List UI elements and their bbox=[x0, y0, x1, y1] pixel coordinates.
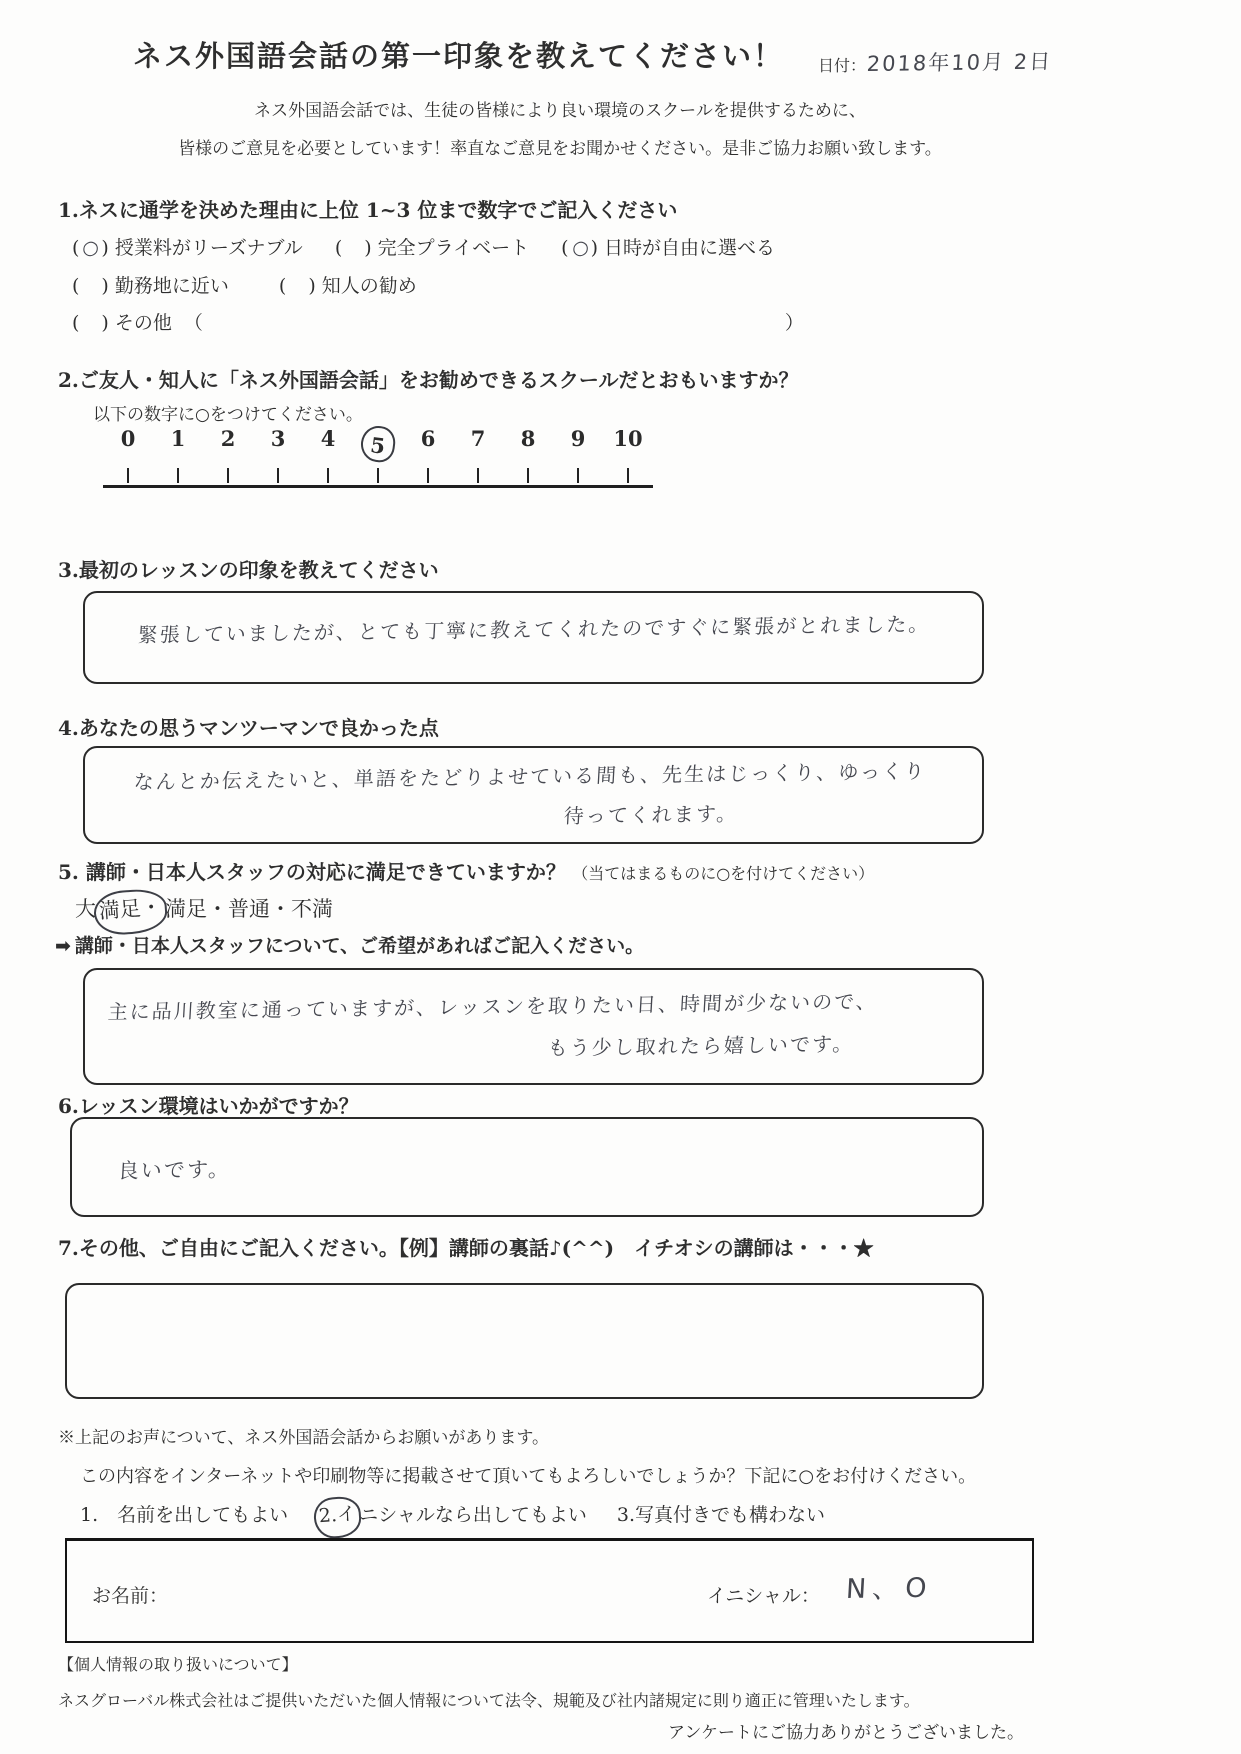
q1-option-other: ()その他 bbox=[72, 308, 172, 335]
tick bbox=[453, 468, 503, 485]
q3-heading: 3.最初のレッスンの印象を教えてください bbox=[58, 554, 439, 583]
paren-close: ) bbox=[101, 275, 108, 297]
handwritten-circle: 5 bbox=[359, 424, 397, 464]
scale-number-1: 1 bbox=[153, 426, 203, 462]
page-title: ネス外国語会話の第一印象を教えてください！ bbox=[133, 34, 784, 75]
q5-satisfaction-options: 大満足・満足・普通・不満 bbox=[75, 893, 333, 925]
consent-option-2-circled: 2.イ bbox=[318, 1503, 357, 1528]
q7-answer-box bbox=[65, 1283, 984, 1399]
q1-label-schedule: 日時が自由に選べる bbox=[604, 237, 775, 259]
handwritten-circle-option2: 2.イ bbox=[313, 1495, 363, 1539]
q1-label-private: 完全プライベート bbox=[378, 237, 529, 259]
q5-heading-note: （当てはまるものに○を付けてください） bbox=[572, 864, 874, 883]
q1-heading: 1.ネスに通学を決めた理由に上位 1~3 位まで数字でご記入ください bbox=[58, 194, 677, 223]
name-entry-box: お名前： イニシャル： N、O bbox=[65, 1538, 1034, 1643]
consent-option-3: 3.写真付きでも構わない bbox=[617, 1504, 825, 1526]
q5-circled-text: 満足・ bbox=[98, 895, 163, 923]
q2-heading: 2.ご友人・知人に「ネス外国語会話」をお勧めできるスクールだとおもいますか？ bbox=[58, 364, 798, 393]
date-label: 日付： bbox=[818, 56, 866, 75]
tick bbox=[553, 468, 603, 485]
scale-number-6: 6 bbox=[403, 426, 453, 462]
consent-note: ※上記のお声について、ネス外国語会話からお願いがあります。 bbox=[58, 1423, 549, 1448]
tick bbox=[403, 468, 453, 485]
scale-number-3: 3 bbox=[253, 426, 303, 462]
privacy-heading: 【個人情報の取り扱いについて】 bbox=[58, 1652, 298, 1675]
handwritten-circle-daimanzoku: 満足・ bbox=[93, 888, 169, 937]
q1-label-other: その他 bbox=[115, 312, 172, 334]
consent-options: 1. 名前を出してもよい2.イニシャルなら出してもよい3.写真付きでも構わない bbox=[80, 1500, 825, 1529]
q4-answer-box: なんとか伝えたいと、単語をたどりよせている間も、先生はじっくり、ゆっくり 待って… bbox=[83, 746, 984, 844]
scale-number-9: 9 bbox=[553, 426, 603, 462]
scale-number-0: 0 bbox=[103, 426, 153, 462]
q5-request-text: 講師・日本人スタッフについて、ご希望があればご記入ください。 bbox=[75, 935, 644, 957]
paren-open: ( bbox=[72, 312, 79, 334]
initial-label: イニシャル： bbox=[707, 1581, 820, 1608]
q1-label-workplace: 勤務地に近い bbox=[115, 275, 229, 297]
q1-circle-mark-tuition: ○ bbox=[79, 237, 102, 259]
q5-heading-row: 5. 講師・日本人スタッフの対応に満足できていますか？ （当てはまるものに○を付… bbox=[58, 856, 874, 885]
q5-heading: 5. 講師・日本人スタッフの対応に満足できていますか？ bbox=[58, 860, 566, 884]
scale-number-2: 2 bbox=[203, 426, 253, 462]
q4-handwritten-answer-line2: 待ってくれます。 bbox=[563, 798, 739, 829]
q5-request-line: ➡講師・日本人スタッフについて、ご希望があればご記入ください。 bbox=[55, 931, 644, 958]
q1-label-referral: 知人の勧め bbox=[322, 275, 417, 297]
consent-option-1: 1. 名前を出してもよい bbox=[80, 1504, 288, 1526]
thanks-message: アンケートにご協力ありがとうございました。 bbox=[668, 1718, 1024, 1743]
intro-line-2: 皆様のご意見を必要としています！率直なご意見をお聞かせください。是非ご協力お願い… bbox=[60, 134, 1060, 159]
scale-number-4: 4 bbox=[303, 426, 353, 462]
paren-open: ( bbox=[335, 237, 342, 259]
q2-instruction: 以下の数字に○をつけてください。 bbox=[93, 400, 363, 425]
q1-circle-mark-schedule: ○ bbox=[569, 237, 592, 259]
q5-handwritten-answer-line1: 主に品川教室に通っていますが、レッスンを取りたい日、時間が少ないので、 bbox=[107, 985, 879, 1025]
q1-other-close-paren: ） bbox=[785, 308, 804, 335]
q5-option-prefix: 大 bbox=[75, 897, 96, 921]
paren-open: ( bbox=[561, 237, 568, 259]
scale-number-7: 7 bbox=[453, 426, 503, 462]
q1-option-private: ()完全プライベート bbox=[335, 233, 529, 260]
q3-answer-box: 緊張していましたが、とても丁寧に教えてくれたのですぐに緊張がとれました。 bbox=[83, 591, 984, 684]
scale-number-5-circled: 5 bbox=[353, 426, 403, 462]
q1-options-row-2: ()勤務地に近い ()知人の勧め bbox=[72, 271, 443, 298]
consent-question: この内容をインターネットや印刷物等に掲載させて頂いてもよろしいでしょうか？下記に… bbox=[80, 1462, 976, 1488]
right-arrow-icon: ➡ bbox=[55, 935, 71, 957]
q5-answer-box: 主に品川教室に通っていますが、レッスンを取りたい日、時間が少ないので、 もう少し… bbox=[83, 968, 984, 1085]
name-label: お名前： bbox=[92, 1581, 168, 1608]
q6-heading: 6.レッスン環境はいかがですか？ bbox=[58, 1090, 359, 1119]
q6-handwritten-answer: 良いです。 bbox=[117, 1153, 232, 1185]
paren-open: ( bbox=[279, 275, 286, 297]
date-field: 日付：2018年10月 2日 bbox=[818, 48, 1051, 78]
paren-close: ) bbox=[364, 237, 371, 259]
q4-heading: 4.あなたの思うマンツーマンで良かった点 bbox=[58, 712, 439, 741]
paren-close: ) bbox=[308, 275, 315, 297]
tick bbox=[153, 468, 203, 485]
q2-scale-ticks bbox=[103, 468, 653, 488]
paren-close: ) bbox=[101, 312, 108, 334]
tick bbox=[253, 468, 303, 485]
survey-form-page: ネス外国語会話の第一印象を教えてください！ 日付：2018年10月 2日 ネス外… bbox=[0, 0, 1241, 1754]
q1-other-open-paren: （ bbox=[184, 308, 203, 335]
q4-handwritten-answer-line1: なんとか伝えたいと、単語をたどりよせている間も、先生はじっくり、ゆっくり bbox=[133, 755, 927, 795]
intro-line-1: ネス外国語会話では、生徒の皆様により良い環境のスクールを提供するために、 bbox=[150, 96, 970, 121]
tick bbox=[103, 468, 153, 485]
q1-label-tuition: 授業料がリーズナブル bbox=[115, 237, 303, 259]
q1-option-schedule: (○)日時が自由に選べる bbox=[561, 233, 775, 260]
tick bbox=[203, 468, 253, 485]
tick bbox=[503, 468, 553, 485]
paren-close: ) bbox=[101, 237, 108, 259]
q6-answer-box: 良いです。 bbox=[70, 1117, 984, 1217]
q1-option-workplace: ()勤務地に近い bbox=[72, 271, 229, 298]
q3-handwritten-answer: 緊張していましたが、とても丁寧に教えてくれたのですぐに緊張がとれました。 bbox=[137, 608, 931, 648]
paren-open: ( bbox=[72, 275, 79, 297]
privacy-body: ネスグローバル株式会社はご提供いただいた個人情報について法令、規範及び社内諸規定… bbox=[58, 1688, 920, 1711]
tick bbox=[603, 468, 653, 485]
q1-options-row-3: ()その他 （） bbox=[72, 308, 804, 335]
initial-handwritten-value: N、O bbox=[845, 1566, 934, 1606]
scale-number-10: 10 bbox=[603, 426, 653, 462]
consent-option-2-rest: ニシャルなら出してもよい bbox=[359, 1504, 587, 1526]
q2-rating-scale: 0 1 2 3 4 5 6 7 8 9 10 bbox=[103, 426, 653, 462]
date-handwritten-value: 2018年10月 2日 bbox=[866, 45, 1053, 78]
q1-option-tuition: (○)授業料がリーズナブル bbox=[72, 233, 303, 260]
q5-options-rest: 満足・普通・不満 bbox=[165, 897, 333, 921]
tick bbox=[353, 468, 403, 485]
tick bbox=[303, 468, 353, 485]
q5-handwritten-answer-line2: もう少し取れたら嬉しいです。 bbox=[547, 1028, 855, 1061]
q1-options-row-1: (○)授業料がリーズナブル ()完全プライベート (○)日時が自由に選べる bbox=[72, 233, 801, 260]
q1-option-referral: ()知人の勧め bbox=[279, 271, 417, 298]
q7-heading: 7.その他、ご自由にご記入ください。【例】講師の裏話♪(^^) イチオシの講師は… bbox=[58, 1232, 874, 1261]
scale-number-8: 8 bbox=[503, 426, 553, 462]
